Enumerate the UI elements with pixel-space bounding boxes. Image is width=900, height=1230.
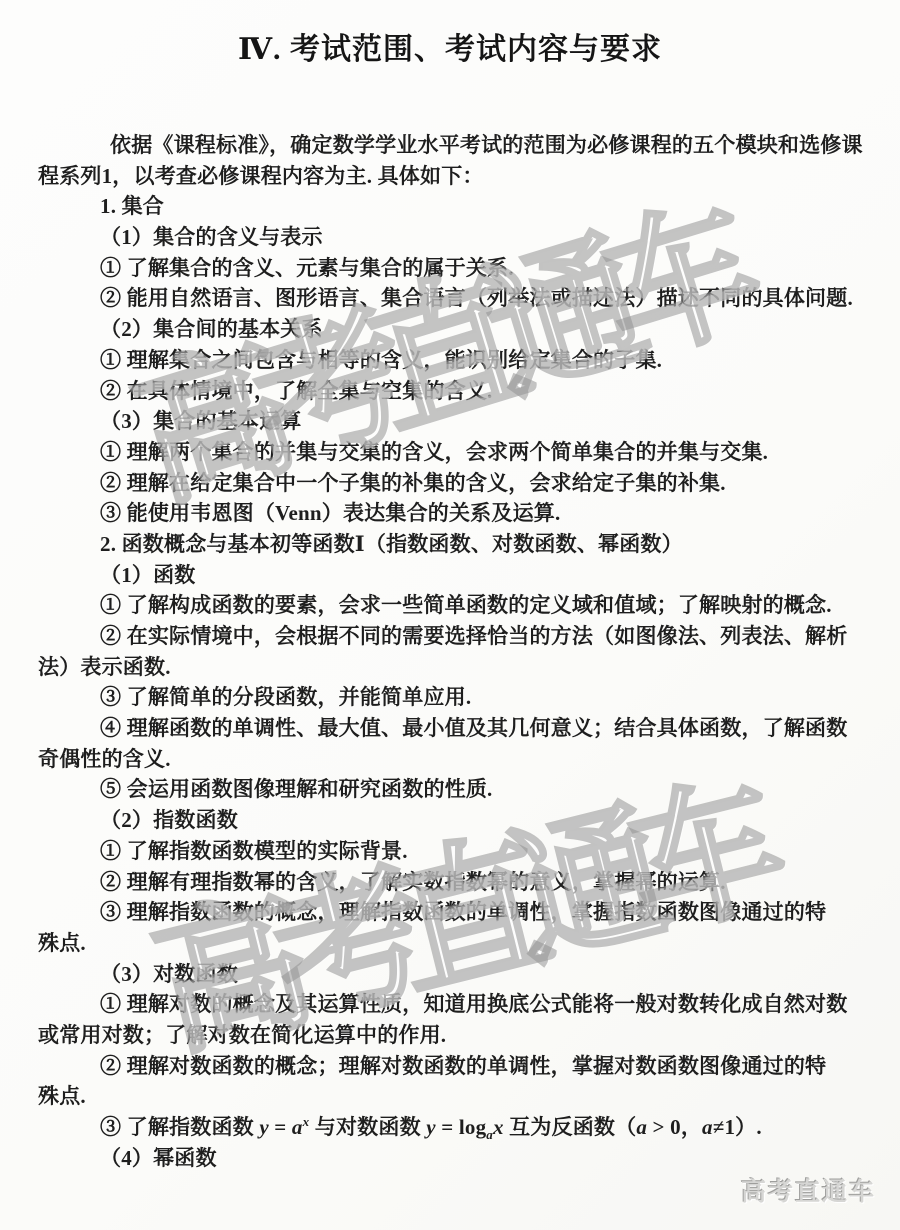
- document-line: （1）集合的含义与表示: [38, 222, 874, 253]
- document-line: 依据《课程标准》，确定数学学业水平考试的范围为必修课程的五个模块和选修课: [38, 130, 874, 161]
- brand-watermark-footer: 高考直通车: [741, 1172, 876, 1208]
- document-line: 奇偶性的含义.: [38, 744, 874, 775]
- document-line: 法）表示函数.: [38, 652, 874, 683]
- document-line: ② 在实际情境中，会根据不同的需要选择恰当的方法（如图像法、列表法、解析: [38, 621, 874, 652]
- scanned-document-page: Ⅳ. 考试范围、考试内容与要求 依据《课程标准》，确定数学学业水平考试的范围为必…: [0, 0, 900, 1230]
- document-line: ① 理解集合之间包含与相等的含义，能识别给定集合的子集.: [38, 345, 874, 376]
- document-line: ② 能用自然语言、图形语言、集合语言（列举法或描述法）描述不同的具体问题.: [38, 283, 874, 314]
- document-line: 殊点.: [38, 928, 874, 959]
- page-title: Ⅳ. 考试范围、考试内容与要求: [0, 24, 900, 68]
- document-line: ① 理解对数的概念及其运算性质，知道用换底公式能将一般对数转化成自然对数: [38, 989, 874, 1020]
- document-line: ① 了解指数函数模型的实际背景.: [38, 836, 874, 867]
- document-line: （3）对数函数: [38, 959, 874, 990]
- document-line: （2）集合间的基本关系: [38, 314, 874, 345]
- document-line: （3）集合的基本运算: [38, 406, 874, 437]
- document-line: 殊点.: [38, 1081, 874, 1112]
- document-line: ① 了解集合的含义、元素与集合的属于关系.: [38, 253, 874, 284]
- document-line: （2）指数函数: [38, 805, 874, 836]
- document-line: （4）幂函数: [38, 1143, 874, 1174]
- document-line: ① 理解两个集合的并集与交集的含义，会求两个简单集合的并集与交集.: [38, 437, 874, 468]
- document-line: ② 理解在给定集合中一个子集的补集的含义，会求给定子集的补集.: [38, 468, 874, 499]
- document-line: 程系列1，以考查必修课程内容为主. 具体如下：: [38, 161, 874, 192]
- document-line: 或常用对数；了解对数在简化运算中的作用.: [38, 1020, 874, 1051]
- document-line: ① 了解构成函数的要素，会求一些简单函数的定义域和值域；了解映射的概念.: [38, 590, 874, 621]
- document-line: ⑤ 会运用函数图像理解和研究函数的性质.: [38, 774, 874, 805]
- document-line: ③ 能使用韦恩图（Venn）表达集合的关系及运算.: [38, 498, 874, 529]
- document-body: 依据《课程标准》，确定数学学业水平考试的范围为必修课程的五个模块和选修课程系列1…: [38, 130, 874, 1173]
- document-line: ④ 理解函数的单调性、最大值、最小值及其几何意义；结合具体函数，了解函数: [38, 713, 874, 744]
- document-line: ③ 了解简单的分段函数，并能简单应用.: [38, 682, 874, 713]
- document-line: ② 在具体情境中，了解全集与空集的含义.: [38, 376, 874, 407]
- document-line: 1. 集合: [38, 191, 874, 222]
- document-line: （1）函数: [38, 560, 874, 591]
- document-line: ② 理解有理指数幂的含义，了解实数指数幂的意义，掌握幂的运算.: [38, 867, 874, 898]
- document-line: ③ 了解指数函数 y = ax 与对数函数 y = logax 互为反函数（a …: [38, 1112, 874, 1143]
- document-line: ③ 理解指数函数的概念，理解指数函数的单调性，掌握指数函数图像通过的特: [38, 897, 874, 928]
- document-line: ② 理解对数函数的概念；理解对数函数的单调性，掌握对数函数图像通过的特: [38, 1051, 874, 1082]
- document-line: 2. 函数概念与基本初等函数Ⅰ（指数函数、对数函数、幂函数）: [38, 529, 874, 560]
